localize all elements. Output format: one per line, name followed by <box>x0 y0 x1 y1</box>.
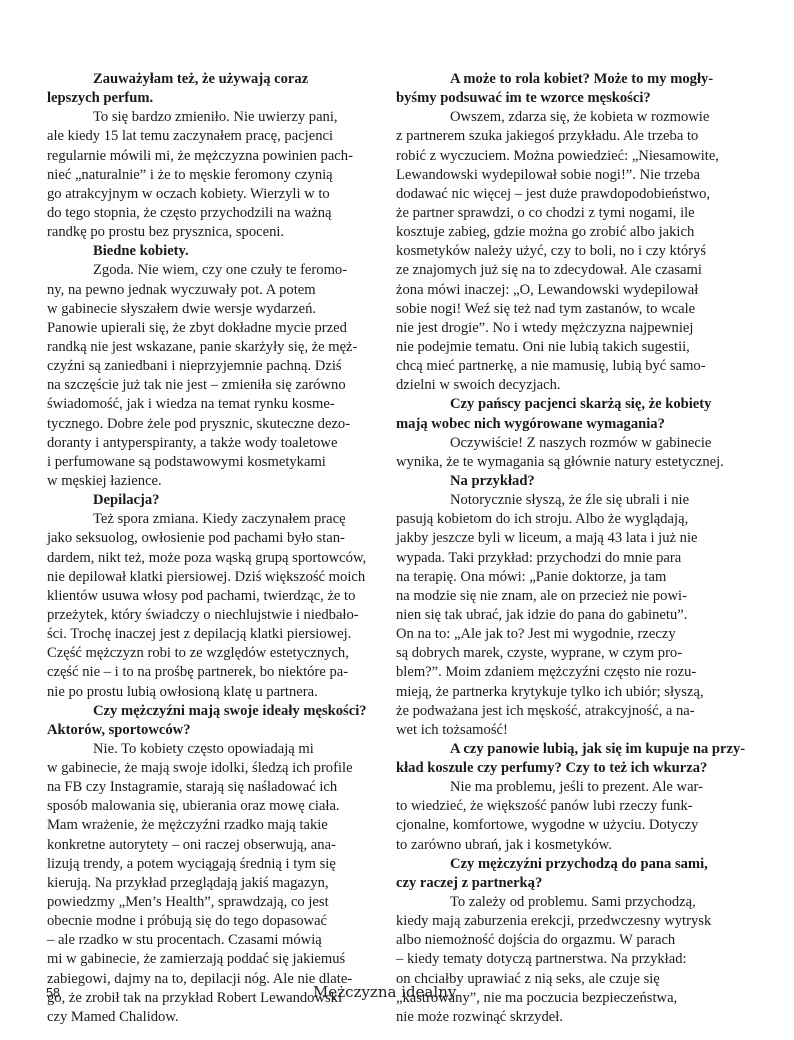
answer-text-line: ści. Trochę inaczej jest z depilacją kla… <box>47 625 367 644</box>
answer-text-line: Część mężczyzn robi to ze względów estet… <box>47 644 367 663</box>
answer-text-line: jakby jeszcze byli w liceum, a mają 43 l… <box>396 529 741 548</box>
interview-question-line: Czy mężczyźni mają swoje ideały męskości… <box>47 702 367 721</box>
answer-text-line: pasują kobietom do ich stroju. Albo że w… <box>396 510 741 529</box>
answer-text-line: że podważana jest ich męskość, atrakcyjn… <box>396 702 741 721</box>
answer-text-line: albo niemożność dojścia do orgazmu. W pa… <box>396 931 741 950</box>
answer-text-line: Oczywiście! Z naszych rozmów w gabinecie <box>396 434 741 453</box>
answer-text-line: wypada. Taki przykład: przychodzi do mni… <box>396 549 741 568</box>
answer-text-line: na modzie się nie znam, ale on przecież … <box>396 587 741 606</box>
answer-text-line: Mam wrażenie, że mężczyźni rzadko mają t… <box>47 816 367 835</box>
running-title: Mężczyzna idealny <box>313 983 456 1001</box>
interview-question-line: lepszych perfum. <box>47 89 367 108</box>
interview-question-line: Czy pańscy pacjenci skarżą się, że kobie… <box>396 395 741 414</box>
answer-text-line: ale kiedy 15 lat temu zaczynałem pracę, … <box>47 127 367 146</box>
answer-text-line: chcą mieć partnerkę, a nie mamusię, lubi… <box>396 357 741 376</box>
answer-text-line: mi w gabinecie, że zamierzają poddać się… <box>47 950 367 969</box>
answer-text-line: na terapię. Ona mówi: „Panie doktorze, j… <box>396 568 741 587</box>
answer-text-line: cjonalne, komfortowe, wygodne w użyciu. … <box>396 816 741 835</box>
answer-text-line: ny, na pewno jednak wyczuwały pot. A pot… <box>47 281 367 300</box>
answer-text-line: To się bardzo zmieniło. Nie uwierzy pani… <box>47 108 367 127</box>
answer-text-line: w gabinecie, że mają swoje idolki, śledz… <box>47 759 367 778</box>
answer-text-line: Nie. To kobiety często opowiadają mi <box>47 740 367 759</box>
answer-text-line: do tego stopnia, że często przychodzili … <box>47 204 367 223</box>
answer-text-line: robić z wyczuciem. Można powiedzieć: „Ni… <box>396 147 741 166</box>
answer-text-line: to wiedzieć, że większość panów lubi rze… <box>396 797 741 816</box>
answer-text-line: dardem, nikt też, może poza wąską grupą … <box>47 549 367 568</box>
page-number: 58 <box>46 986 60 1000</box>
interview-question-line: Depilacja? <box>47 491 367 510</box>
answer-text-line: On na to: „Ale jak to? Jest mi wygodnie,… <box>396 625 741 644</box>
answer-text-line: świadomość, jak i wiedza na temat rynku … <box>47 395 367 414</box>
answer-text-line: wet ich tożsamość! <box>396 721 741 740</box>
left-text-column: Zauważyłam też, że używają corazlepszych… <box>47 70 367 1027</box>
answer-text-line: dzielni w swoich decyzjach. <box>396 376 741 395</box>
page-footer: 58 Mężczyzna idealny <box>0 984 794 1004</box>
interview-question-line: czy raczej z partnerką? <box>396 874 741 893</box>
right-text-column: A może to rola kobiet? Może to my mogły-… <box>396 70 741 1027</box>
answer-text-line: w gabinecie słyszałem dwie wersje wydarz… <box>47 300 367 319</box>
interview-question-line: Biedne kobiety. <box>47 242 367 261</box>
answer-text-line: nie jest drogie”. No i wtedy mężczyzna n… <box>396 319 741 338</box>
interview-question-line: mają wobec nich wygórowane wymagania? <box>396 415 741 434</box>
answer-text-line: czy Mamed Chalidow. <box>47 1008 367 1027</box>
answer-text-line: sobie nogi! Weź się też nad tym zastanów… <box>396 300 741 319</box>
answer-text-line: na szczęście już tak nie jest – zmieniła… <box>47 376 367 395</box>
answer-text-line: nieć „naturalnie” i że to męskie feromon… <box>47 166 367 185</box>
answer-text-line: dodawać nic więcej – jest duże prawdopod… <box>396 185 741 204</box>
answer-text-line: To zależy od problemu. Sami przychodzą, <box>396 893 741 912</box>
answer-text-line: nie depilował klatki piersiowej. Dziś wi… <box>47 568 367 587</box>
answer-text-line: nien się tak ubrać, jak idzie do pana do… <box>396 606 741 625</box>
answer-text-line: to zarówno ubrań, jak i kosmetyków. <box>396 836 741 855</box>
answer-text-line: regularnie mówili mi, że mężczyzna powin… <box>47 147 367 166</box>
answer-text-line: Panowie upierali się, że zbyt dokładne m… <box>47 319 367 338</box>
answer-text-line: w męskiej łazience. <box>47 472 367 491</box>
answer-text-line: nie podejmie tematu. Oni nie lubią takic… <box>396 338 741 357</box>
answer-text-line: są dobrych marek, czyste, wyprane, w czy… <box>396 644 741 663</box>
answer-text-line: klientów usuwa włosy pod pachami, twierd… <box>47 587 367 606</box>
answer-text-line: obecnie modne i próbują się do tego dopa… <box>47 912 367 931</box>
answer-text-line: Też spora zmiana. Kiedy zaczynałem pracę <box>47 510 367 529</box>
answer-text-line: randką nie jest wskazane, panie skarżyły… <box>47 338 367 357</box>
answer-text-line: jako seksuolog, owłosienie pod pachami b… <box>47 529 367 548</box>
answer-text-line: kosmetyków należy użyć, czy to boli, no … <box>396 242 741 261</box>
answer-text-line: blem?”. Moim zdaniem mężczyźni często ni… <box>396 663 741 682</box>
answer-text-line: czyźni są zaniedbani i nieprzyjemnie pac… <box>47 357 367 376</box>
answer-text-line: Nie ma problemu, jeśli to prezent. Ale w… <box>396 778 741 797</box>
answer-text-line: Lewandowski wydepilował sobie nogi!”. Ni… <box>396 166 741 185</box>
interview-question-line: Zauważyłam też, że używają coraz <box>47 70 367 89</box>
answer-text-line: kosztuje zabieg, gdzie można go zrobić a… <box>396 223 741 242</box>
answer-text-line: Notorycznie słyszą, że źle się ubrali i … <box>396 491 741 510</box>
answer-text-line: przeżytek, który świadczy o niechlujstwi… <box>47 606 367 625</box>
answer-text-line: doranty i antyperspiranty, a także wody … <box>47 434 367 453</box>
interview-question-line: A może to rola kobiet? Może to my mogły- <box>396 70 741 89</box>
answer-text-line: lizują trendy, a potem wyciągają średnią… <box>47 855 367 874</box>
answer-text-line: – ale rzadko w stu procentach. Czasami m… <box>47 931 367 950</box>
interview-question-line: Na przykład? <box>396 472 741 491</box>
answer-text-line: nie może rozwinąć skrzydeł. <box>396 1008 741 1027</box>
interview-question-line: kład koszule czy perfumy? Czy to też ich… <box>396 759 741 778</box>
answer-text-line: randkę po prostu bez prysznica, spoceni. <box>47 223 367 242</box>
answer-text-line: sposób malowania się, ubierania oraz mow… <box>47 797 367 816</box>
answer-text-line: nie po prostu lubią owłosioną klatę u pa… <box>47 683 367 702</box>
answer-text-line: na FB czy Instagramie, starają się naśla… <box>47 778 367 797</box>
answer-text-line: Zgoda. Nie wiem, czy one czuły te feromo… <box>47 261 367 280</box>
answer-text-line: kierują. Na przykład przeglądają jakiś m… <box>47 874 367 893</box>
interview-question-line: Aktorów, sportowców? <box>47 721 367 740</box>
answer-text-line: wynika, że te wymagania są głównie natur… <box>396 453 741 472</box>
answer-text-line: ze znajomych już się na to zdecydował. A… <box>396 261 741 280</box>
answer-text-line: z partnerem szuka jakiegoś przykładu. Al… <box>396 127 741 146</box>
answer-text-line: i perfumowane są podstawowymi kosmetykam… <box>47 453 367 472</box>
interview-question-line: A czy panowie lubią, jak się im kupuje n… <box>396 740 741 759</box>
answer-text-line: kiedy mają zaburzenia erekcji, przedwcze… <box>396 912 741 931</box>
answer-text-line: część nie – i to na prośbę partnerek, bo… <box>47 663 367 682</box>
answer-text-line: go atrakcyjnym w oczach kobiety. Wierzyl… <box>47 185 367 204</box>
interview-question-line: byśmy podsuwać im te wzorce męskości? <box>396 89 741 108</box>
answer-text-line: Owszem, zdarza się, że kobieta w rozmowi… <box>396 108 741 127</box>
answer-text-line: tycznego. Dobre żele pod prysznic, skute… <box>47 415 367 434</box>
answer-text-line: konkretne autorytety – oni raczej obserw… <box>47 836 367 855</box>
answer-text-line: żona mówi inaczej: „O, Lewandowski wydep… <box>396 281 741 300</box>
answer-text-line: mieją, że partnerka krytykuje tylko ich … <box>396 683 741 702</box>
answer-text-line: powiedzmy „Men’s Health”, sprawdzają, co… <box>47 893 367 912</box>
interview-question-line: Czy mężczyźni przychodzą do pana sami, <box>396 855 741 874</box>
answer-text-line: – kiedy tematy dotyczą partnerstwa. Na p… <box>396 950 741 969</box>
answer-text-line: że partner sprawdzi, o co chodzi z tymi … <box>396 204 741 223</box>
